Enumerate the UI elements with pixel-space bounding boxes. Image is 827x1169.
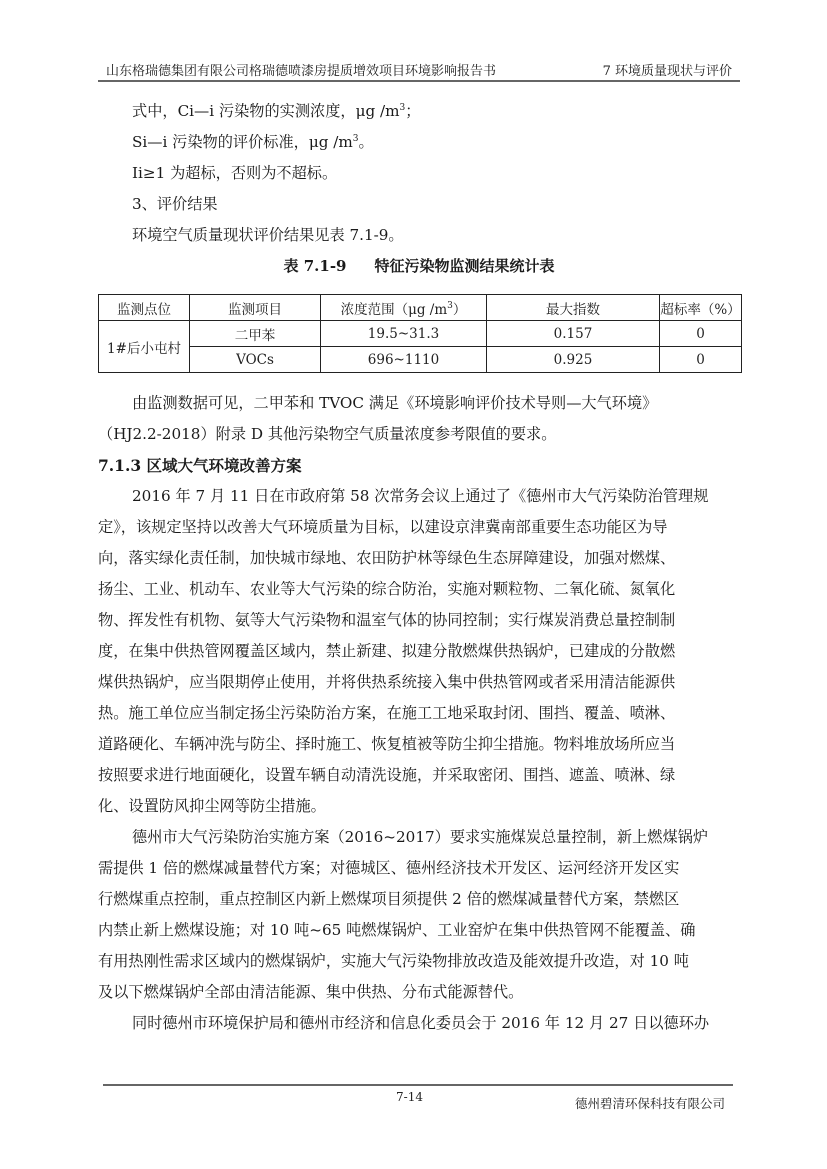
footer-divider	[103, 1084, 733, 1086]
footer-company: 德州碧清环保科技有限公司	[575, 1094, 725, 1112]
header-range: 浓度范围（μg /m3）	[321, 295, 487, 321]
paragraph-line: 需提供 1 倍的燃煤减量替代方案；对德城区、德州经济技术开发区、运河经济开发区实	[98, 853, 740, 884]
paragraph-line: 同时德州市环境保护局和德州市经济和信息化委员会于 2016 年 12 月 27 …	[98, 1008, 740, 1039]
paragraph-line: 物、挥发性有机物、氨等大气污染物和温室气体的协同控制；实行煤炭消费总量控制制	[98, 605, 740, 636]
header-max-index: 最大指数	[487, 295, 660, 321]
intro-sentence: 环境空气质量现状评价结果见表 7.1-9。	[98, 220, 740, 251]
paragraph-3: 同时德州市环境保护局和德州市经济和信息化委员会于 2016 年 12 月 27 …	[98, 1008, 740, 1039]
header-chapter-title: 7 环境质量现状与评价	[603, 60, 732, 79]
cell-max-index: 0.925	[487, 347, 660, 373]
page-number: 7-14	[396, 1090, 423, 1104]
cell-exceed-rate: 0	[660, 347, 742, 373]
cell-exceed-rate: 0	[660, 321, 742, 347]
paragraph-line: 定》，该规定坚持以改善大气环境质量为目标，以建设京津冀南部重要生态功能区为导	[98, 512, 740, 543]
paragraph-line: 热。施工单位应当制定扬尘污染防治方案，在施工工地采取封闭、围挡、覆盖、喷淋、	[98, 698, 740, 729]
paragraph-line: 扬尘、工业、机动车、农业等大气污染的综合防治，实施对颗粒物、二氧化硫、氮氧化	[98, 574, 740, 605]
paragraph-2: 德州市大气污染防治实施方案（2016~2017）要求实施煤炭总量控制，新上燃煤锅…	[98, 822, 740, 1008]
table-row: 1#后小屯村 二甲苯 19.5~31.3 0.157 0	[99, 321, 742, 347]
cell-range: 696~1110	[321, 347, 487, 373]
monitoring-results-table: 监测点位 监测项目 浓度范围（μg /m3） 最大指数 超标率（%） 1#后小屯…	[98, 294, 742, 373]
page-body-continued: 由监测数据可见，二甲苯和 TVOC 满足《环境影响评价技术导则—大气环境》 （H…	[98, 388, 740, 1039]
table-row: VOCs 696~1110 0.925 0	[99, 347, 742, 373]
paragraph-line: 及以下燃煤锅炉全部由清洁能源、集中供热、分布式能源替代。	[98, 977, 740, 1008]
section-3-title: 3、评价结果	[98, 189, 740, 220]
conclusion-line-2: （HJ2.2-2018）附录 D 其他污染物空气质量浓度参考限值的要求。	[98, 419, 740, 450]
formula-note-ci: 式中，Ci—i 污染物的实测浓度，μg /m3；	[98, 96, 740, 127]
formula-note-ii: Ii≥1 为超标，否则为不超标。	[98, 158, 740, 189]
paragraph-line: 化、设置防风抑尘网等防尘措施。	[98, 791, 740, 822]
table-caption: 表 7.1-9特征污染物监测结果统计表	[98, 251, 740, 282]
paragraph-line: 道路硬化、车辆冲洗与防尘、择时施工、恢复植被等防尘抑尘措施。物料堆放场所应当	[98, 729, 740, 760]
table-caption-number: 表 7.1-9	[284, 257, 347, 275]
paragraph-line: 度，在集中供热管网覆盖区域内，禁止新建、拟建分散燃煤供热锅炉，已建成的分散燃	[98, 636, 740, 667]
paragraph-line: 行燃煤重点控制，重点控制区内新上燃煤项目须提供 2 倍的燃煤减量替代方案，禁燃区	[98, 884, 740, 915]
header-report-title: 山东格瑞德集团有限公司格瑞德喷漆房提质增效项目环境影响报告书	[106, 60, 496, 79]
paragraph-line: 德州市大气污染防治实施方案（2016~2017）要求实施煤炭总量控制，新上燃煤锅…	[98, 822, 740, 853]
paragraph-line: 煤供热锅炉，应当限期停止使用，并将供热系统接入集中供热管网或者采用清洁能源供	[98, 667, 740, 698]
paragraph-line: 向，落实绿化责任制，加快城市绿地、农田防护林等绿色生态屏障建设，加强对燃煤、	[98, 543, 740, 574]
cell-max-index: 0.157	[487, 321, 660, 347]
page-body: 式中，Ci—i 污染物的实测浓度，μg /m3； Si—i 污染物的评价标准，μ…	[98, 96, 740, 282]
cell-item: 二甲苯	[190, 321, 321, 347]
paragraph-1: 2016 年 7 月 11 日在市政府第 58 次常务会议上通过了《德州市大气污…	[98, 481, 740, 822]
page-header: 山东格瑞德集团有限公司格瑞德喷漆房提质增效项目环境影响报告书 7 环境质量现状与…	[98, 58, 740, 82]
cell-range: 19.5~31.3	[321, 321, 487, 347]
header-exceed-rate: 超标率（%）	[660, 295, 742, 321]
paragraph-line: 按照要求进行地面硬化，设置车辆自动清洗设施，并采取密闭、围挡、遮盖、喷淋、绿	[98, 760, 740, 791]
paragraph-line: 有用热刚性需求区域内的燃煤锅炉，实施大气污染物排放改造及能效提升改造，对 10 …	[98, 946, 740, 977]
table-caption-title: 特征污染物监测结果统计表	[374, 257, 554, 275]
table-header-row: 监测点位 监测项目 浓度范围（μg /m3） 最大指数 超标率（%）	[99, 295, 742, 321]
cell-site: 1#后小屯村	[99, 321, 190, 373]
header-site: 监测点位	[99, 295, 190, 321]
section-713-title: 7.1.3 区域大气环境改善方案	[98, 450, 740, 481]
paragraph-line: 内禁止新上燃煤设施；对 10 吨~65 吨燃煤锅炉、工业窑炉在集中供热管网不能覆…	[98, 915, 740, 946]
conclusion-line-1: 由监测数据可见，二甲苯和 TVOC 满足《环境影响评价技术导则—大气环境》	[98, 388, 740, 419]
paragraph-line: 2016 年 7 月 11 日在市政府第 58 次常务会议上通过了《德州市大气污…	[98, 481, 740, 512]
cell-item: VOCs	[190, 347, 321, 373]
formula-note-si: Si—i 污染物的评价标准，μg /m3。	[98, 127, 740, 158]
header-item: 监测项目	[190, 295, 321, 321]
